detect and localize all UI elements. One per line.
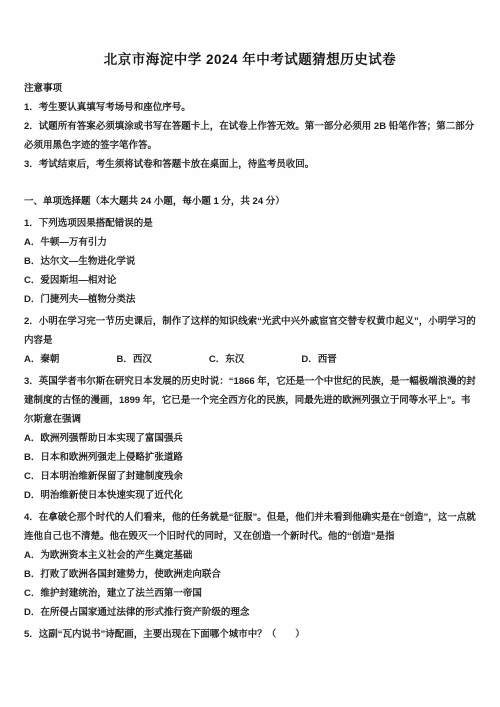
- page-title: 北京市海淀中学 2024 年中考试题猜想历史试卷: [24, 48, 480, 68]
- question-4: 4．在拿破仑那个时代的人们看来，他的任务就是“征服”。但是，他们并未看到他确实是…: [24, 508, 480, 622]
- question-1-option-c: C．爱因斯坦—相对论: [24, 271, 480, 290]
- question-2-option-d: D．西晋: [301, 350, 336, 369]
- question-4-option-a: A．为欧洲资本主义社会的产生奠定基础: [24, 546, 480, 565]
- question-1-stem: 1．下列选项因果搭配错误的是: [24, 214, 480, 233]
- question-1-option-b: B．达尔文—生物进化学说: [24, 252, 480, 271]
- question-2-option-b: B．西汉: [116, 350, 204, 369]
- question-3-options: A．欧洲列强帮助日本实现了富国强兵 B．日本和欧洲列强走上侵略扩张道路 C．日本…: [24, 429, 480, 505]
- question-3-option-d: D．明治维新使日本快速实现了近代化: [24, 486, 480, 505]
- question-4-option-c: C．维护封建统治，建立了法兰西第一帝国: [24, 584, 480, 603]
- question-3-option-b: B．日本和欧洲列强走上侵略扩张道路: [24, 448, 480, 467]
- question-3: 3．英国学者韦尔斯在研究日本发展的历史时说：“1866 年，它还是一个中世纪的民…: [24, 372, 480, 505]
- question-4-option-b: B．打败了欧洲各国封建势力，使欧洲走向联合: [24, 565, 480, 584]
- notice-section: 注意事项 1．考生要认真填写考场号和座位序号。 2．试题所有答案必须填涂或书写在…: [24, 80, 480, 174]
- question-4-stem: 4．在拿破仑那个时代的人们看来，他的任务就是“征服”。但是，他们并未看到他确实是…: [24, 508, 480, 546]
- section-heading: 一、单项选择题（本大题共 24 小题，每小题 1 分，共 24 分）: [24, 192, 480, 211]
- question-2-option-a: A．秦朝: [24, 350, 112, 369]
- notice-heading: 注意事项: [24, 80, 480, 98]
- question-5-stem: 5．这副“瓦内说书”诗配画，主要出现在下面哪个城市中？（ ）: [24, 625, 480, 644]
- notice-item-2: 2．试题所有答案必须填涂或书写在答题卡上，在试卷上作答无效。第一部分必须用 2B…: [24, 117, 480, 155]
- question-4-options: A．为欧洲资本主义社会的产生奠定基础 B．打败了欧洲各国封建势力，使欧洲走向联合…: [24, 546, 480, 622]
- notice-item-1: 1．考生要认真填写考场号和座位序号。: [24, 98, 480, 117]
- question-1-options: A．牛顿—万有引力 B．达尔文—生物进化学说 C．爱因斯坦—相对论 D．门捷列夫…: [24, 233, 480, 309]
- question-3-option-a: A．欧洲列强帮助日本实现了富国强兵: [24, 429, 480, 448]
- exam-paper-page: 北京市海淀中学 2024 年中考试题猜想历史试卷 注意事项 1．考生要认真填写考…: [0, 0, 500, 707]
- question-2: 2．小明在学习完一节历史课后，制作了这样的知识线索“光武中兴外戚宦官交替专权黄巾…: [24, 312, 480, 369]
- question-1: 1．下列选项因果搭配错误的是 A．牛顿—万有引力 B．达尔文—生物进化学说 C．…: [24, 214, 480, 309]
- question-1-option-a: A．牛顿—万有引力: [24, 233, 480, 252]
- question-5: 5．这副“瓦内说书”诗配画，主要出现在下面哪个城市中？（ ）: [24, 625, 480, 644]
- question-2-stem: 2．小明在学习完一节历史课后，制作了这样的知识线索“光武中兴外戚宦官交替专权黄巾…: [24, 312, 480, 350]
- question-3-option-c: C．日本明治维新保留了封建制度残余: [24, 467, 480, 486]
- question-3-stem: 3．英国学者韦尔斯在研究日本发展的历史时说：“1866 年，它还是一个中世纪的民…: [24, 372, 480, 429]
- question-1-option-d: D．门捷列夫—植物分类法: [24, 290, 480, 309]
- question-2-option-c: C．东汉: [209, 350, 297, 369]
- question-2-options: A．秦朝 B．西汉 C．东汉 D．西晋: [24, 350, 480, 369]
- notice-item-3: 3．考试结束后，考生须将试卷和答题卡放在桌面上，待监考员收回。: [24, 155, 480, 174]
- question-4-option-d: D．在所侵占国家通过法律的形式推行资产阶级的理念: [24, 603, 480, 622]
